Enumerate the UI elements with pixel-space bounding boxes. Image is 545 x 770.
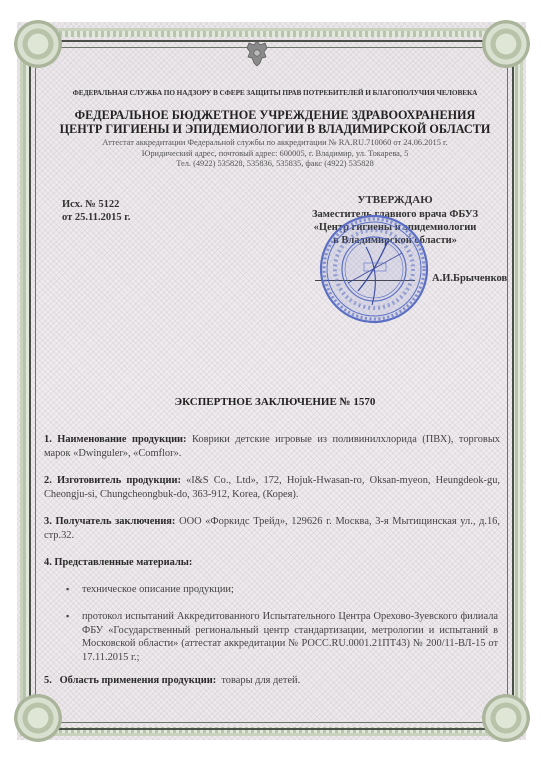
- outgoing-date: от 25.11.2015 г.: [62, 211, 130, 224]
- section-label: Получатель заключения:: [55, 516, 175, 527]
- organization-name: ФЕДЕРАЛЬНОЕ БЮДЖЕТНОЕ УЧРЕЖДЕНИЕ ЗДРАВОО…: [55, 108, 495, 136]
- section-number: 2.: [44, 474, 52, 488]
- organization-name-line1: ФЕДЕРАЛЬНОЕ БЮДЖЕТНОЕ УЧРЕЖДЕНИЕ ЗДРАВОО…: [55, 108, 495, 122]
- organization-details: Аттестат аккредитации Федеральной службы…: [55, 138, 495, 170]
- section-label: Область применения продукции:: [60, 675, 217, 686]
- section-number: 5.: [44, 674, 52, 688]
- phones-line: Тел. (4922) 535828, 535836, 535835, факс…: [55, 159, 495, 170]
- address-line: Юридический адрес, почтовый адрес: 60000…: [55, 149, 495, 160]
- materials-item: техническое описание продукции;: [66, 583, 498, 597]
- outgoing-number: Исх. № 5122: [62, 198, 130, 211]
- conclusion-title: ЭКСПЕРТНОЕ ЗАКЛЮЧЕНИЕ № 1570: [40, 396, 510, 408]
- section-number: 1.: [44, 433, 52, 447]
- agency-header: ФЕДЕРАЛЬНАЯ СЛУЖБА ПО НАДЗОРУ В СФЕРЕ ЗА…: [40, 88, 510, 97]
- section-label: Наименование продукции:: [57, 434, 186, 445]
- section-application-area: 5. Область применения продукции: товары …: [44, 674, 500, 688]
- section-manufacturer: 2. Изготовитель продукции: «I&S Co., Ltd…: [44, 474, 500, 501]
- corner-rosette-icon: [482, 20, 530, 68]
- section-recipient: 3. Получатель заключения: ООО «Форкидс Т…: [44, 515, 500, 542]
- accreditation-line: Аттестат аккредитации Федеральной службы…: [55, 138, 495, 149]
- section-number: 3.: [44, 515, 52, 529]
- signer-name: А.И.Брыченков: [432, 273, 507, 284]
- section-label: Изготовитель продукции:: [57, 475, 181, 486]
- organization-name-line2: ЦЕНТР ГИГИЕНЫ И ЭПИДЕМИОЛОГИИ В ВЛАДИМИР…: [55, 122, 495, 136]
- section-number: 4.: [44, 556, 52, 570]
- section-materials: 4. Представленные материалы:: [44, 556, 500, 570]
- section-text: товары для детей.: [221, 675, 300, 686]
- section-product-name: 1. Наименование продукции: Коврики детск…: [44, 433, 500, 460]
- approval-heading: УТВЕРЖДАЮ: [290, 194, 500, 207]
- corner-rosette-icon: [14, 20, 62, 68]
- outgoing-reference: Исх. № 5122 от 25.11.2015 г.: [62, 198, 130, 224]
- official-stamp-icon: [318, 213, 430, 325]
- coat-of-arms-eagle-icon: [243, 38, 271, 68]
- corner-rosette-icon: [482, 694, 530, 742]
- section-label: Представленные материалы:: [54, 557, 192, 568]
- corner-rosette-icon: [14, 694, 62, 742]
- materials-item: протокол испытаний Аккредитованного Испы…: [66, 610, 498, 664]
